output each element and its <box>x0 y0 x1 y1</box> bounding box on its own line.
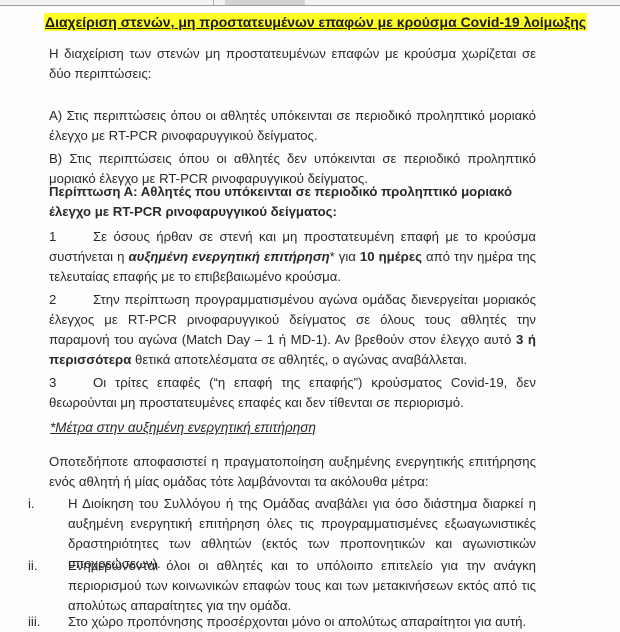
section-a-heading: Περίπτωση Α: Αθλητές που υπόκεινται σε π… <box>49 182 539 222</box>
numbered-item-2: 2Στην περίπτωση προγραμματισμένου αγώνα … <box>49 290 536 370</box>
scrollbar-divider <box>213 0 214 5</box>
item-number: 1 <box>49 227 93 247</box>
item-number: 2 <box>49 290 93 310</box>
item-text: * για <box>330 249 360 264</box>
item-text: θετικά αποτελέσματα σε αθλητές, ο αγώνας… <box>131 352 467 367</box>
list-marker: i. <box>28 494 58 514</box>
item-emphasis: 10 ημέρες <box>360 249 422 264</box>
scrollbar-thumb[interactable] <box>225 0 305 5</box>
list-marker: iii. <box>28 612 58 632</box>
case-a-paragraph: Α) Στις περιπτώσεις όπου οι αθλητές υπόκ… <box>49 106 536 146</box>
numbered-item-1: 1Σε όσους ήρθαν σε στενή και μη προστατε… <box>49 227 536 287</box>
item-text: Οι τρίτες επαφές (“η επαφή της επαφής”) … <box>49 375 536 410</box>
item-number: 3 <box>49 373 93 393</box>
item-emphasis: αυξημένη ενεργητική επιτήρηση <box>128 249 329 264</box>
horizontal-scrollbar[interactable] <box>0 0 620 6</box>
numbered-item-3: 3Οι τρίτες επαφές (“η επαφή της επαφής”)… <box>49 373 536 413</box>
measure-text: Στο χώρο προπόνησης προσέρχονται μόνο οι… <box>68 612 536 632</box>
item-text: Στην περίπτωση προγραμματισμένου αγώνα ο… <box>49 292 536 347</box>
document-title: Διαχείριση στενών, μη προστατευμένων επα… <box>44 13 587 31</box>
intro-paragraph: Η διαχείριση των στενών μη προστατευμένω… <box>49 44 536 84</box>
measure-text: Ενημερώνονται όλοι οι αθλητές και το υπό… <box>68 556 536 616</box>
measures-heading: *Μέτρα στην αυξημένη ενεργητική επιτήρησ… <box>50 418 316 438</box>
measures-intro: Οποτεδήποτε αποφασιστεί η πραγματοποίηση… <box>49 452 536 492</box>
list-marker: ii. <box>28 556 58 576</box>
